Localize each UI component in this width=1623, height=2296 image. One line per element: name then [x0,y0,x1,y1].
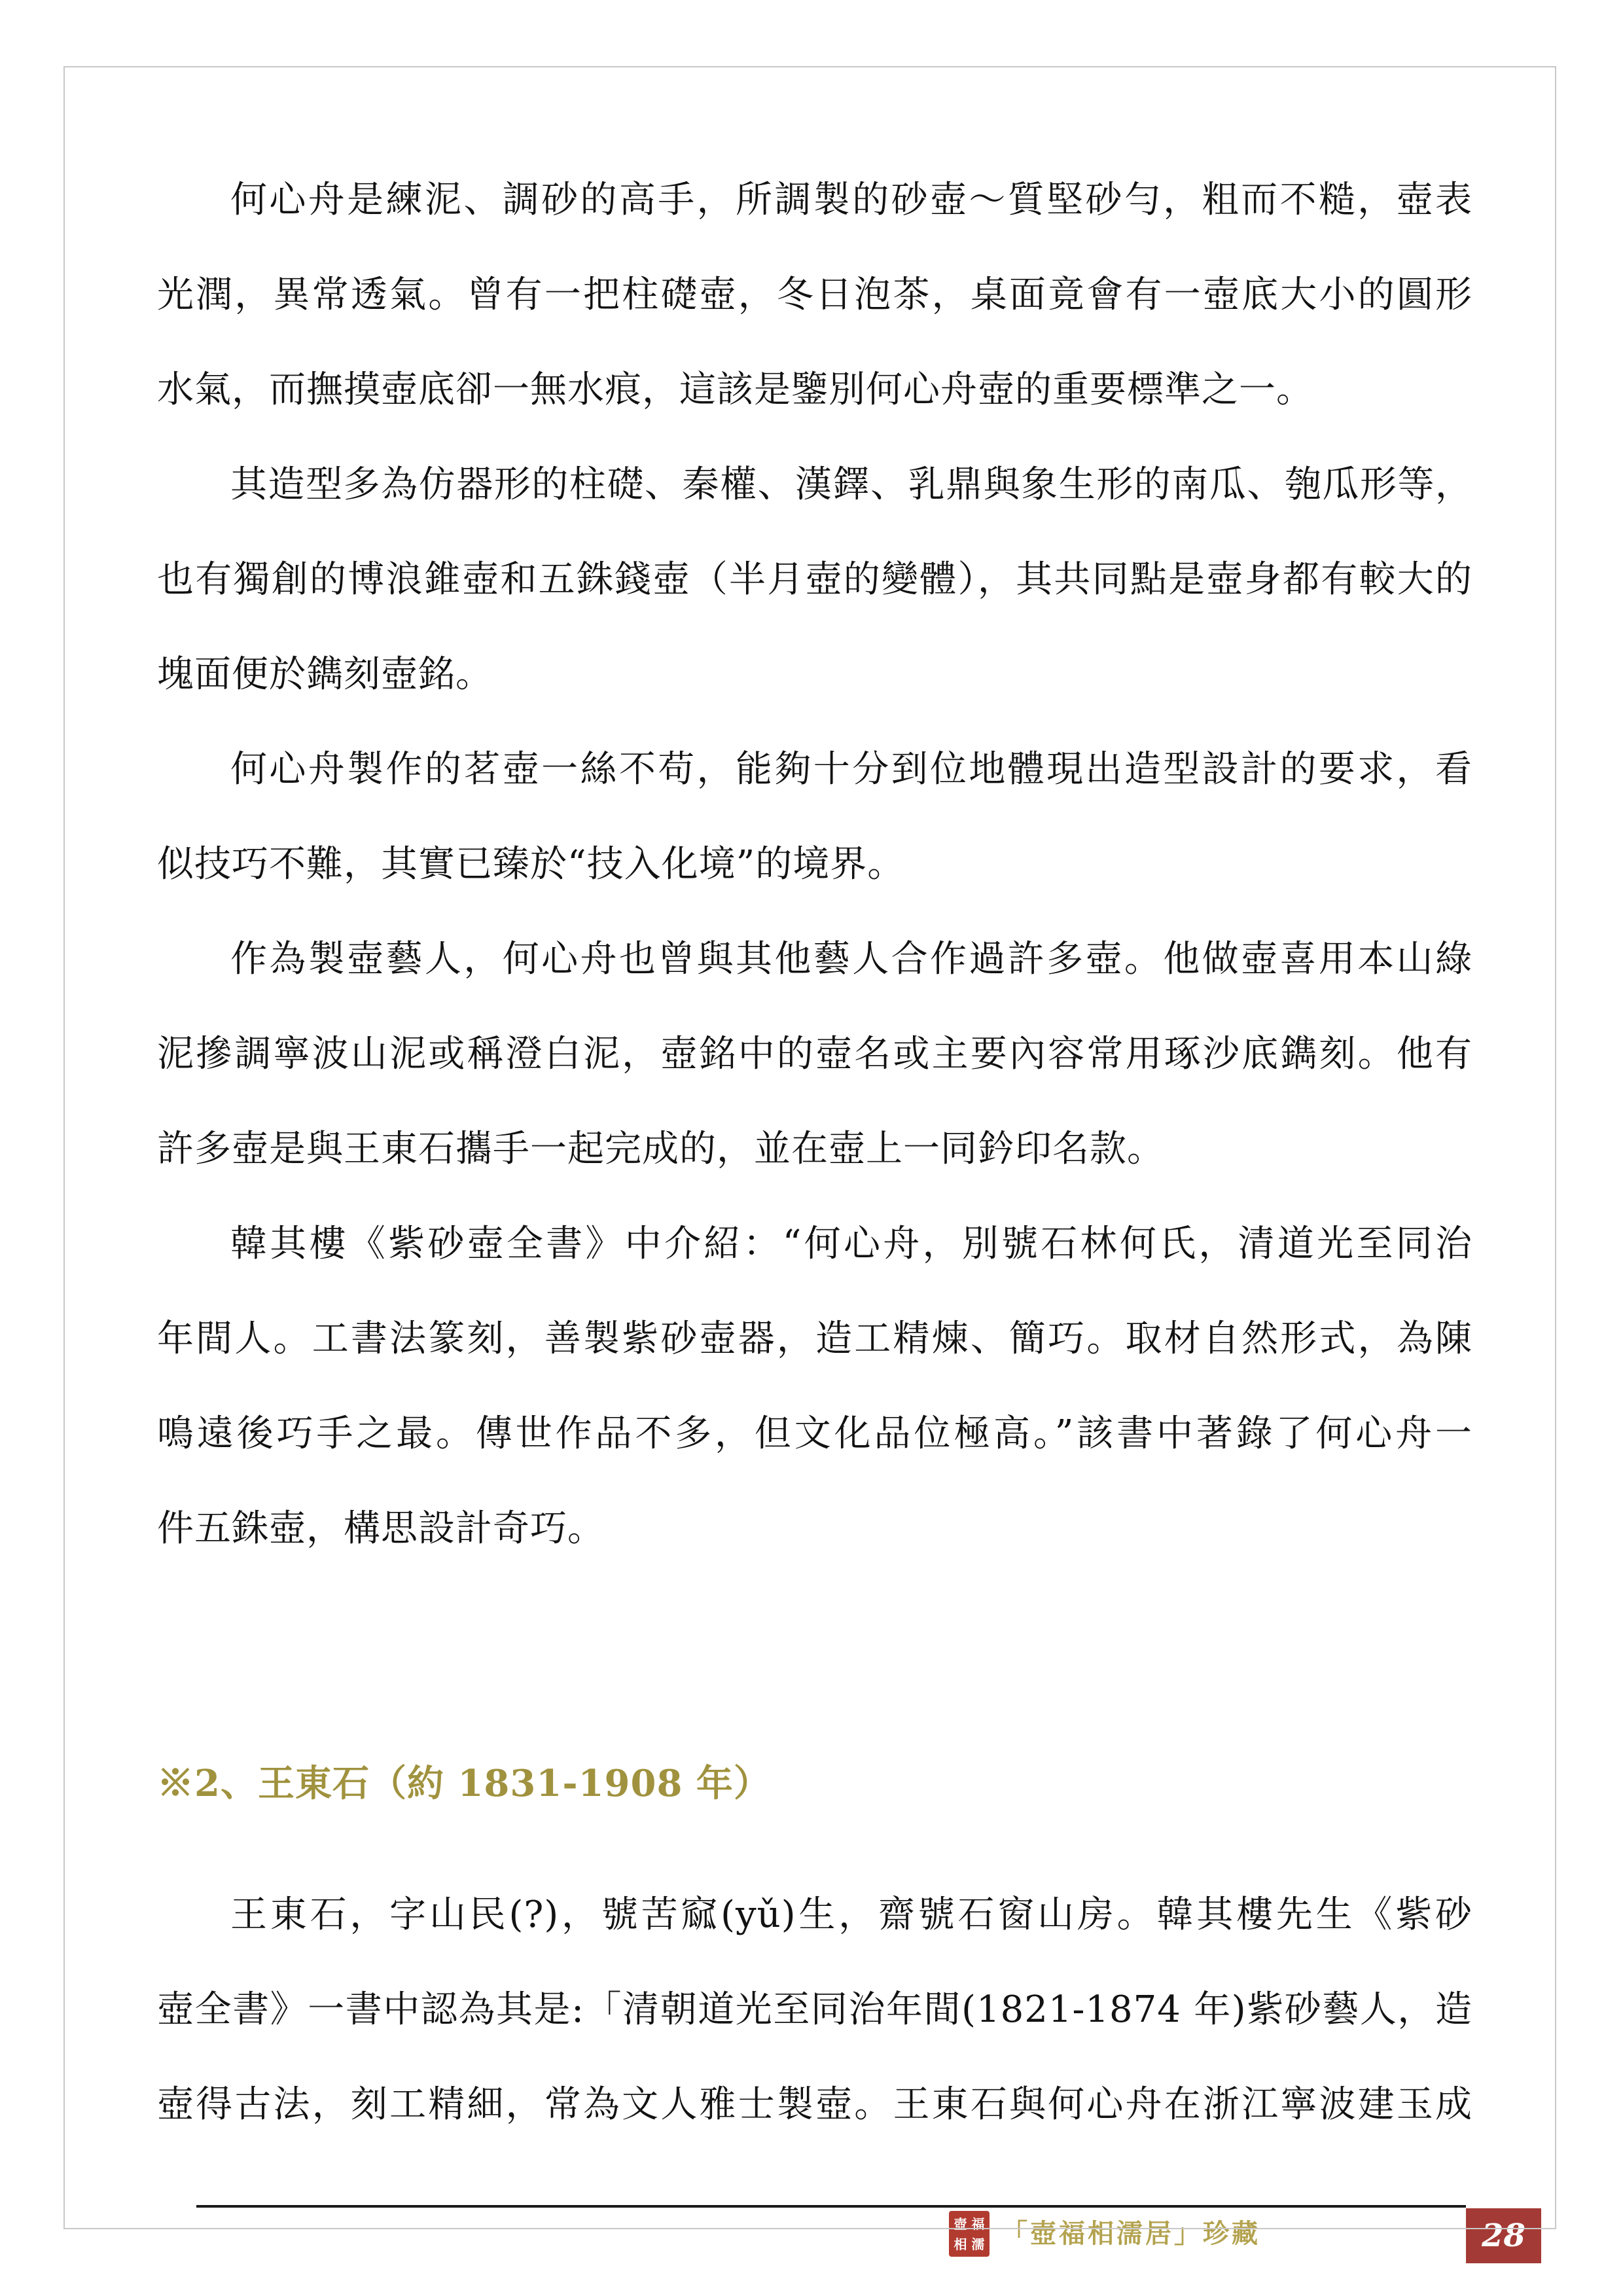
section-heading: ※2、王東石（約 1831-1908 年） [157,1736,1472,1831]
text-line: 其造型多為仿器形的柱礎、秦權、漢鐸、乳鼎與象生形的南瓜、匏瓜形等， [157,437,1472,532]
text-line: 水氣，而撫摸壺底卻一無水痕，這該是鑒別何心舟壺的重要標準之一。 [157,342,1472,437]
text-line: 壺全書》一書中認為其是:「清朝道光至同治年間(1821-1874 年)紫砂藝人，… [157,1962,1472,2057]
text-line: 王東石，字山民(?)，號苦窳(yǔ)生，齋號石窗山房。韓其樓先生《紫砂 [157,1867,1472,1962]
text-line: 鳴遠後巧手之最。傳世作品不多，但文化品位極高。”該書中著錄了何心舟一 [157,1386,1472,1481]
text-line: 泥摻調寧波山泥或稱澄白泥，壺銘中的壺名或主要內容常用琢沙底鐫刻。他有 [157,1007,1472,1102]
text-line: 韓其樓《紫砂壺全書》中介紹：“何心舟，別號石林何氏，清道光至同治 [157,1196,1472,1291]
seal-char: 相 [954,2238,967,2251]
seal-stamp-icon: 壺 福 相 濡 [949,2211,990,2257]
text-line: 塊面便於鐫刻壺銘。 [157,627,1472,722]
text-line: 光潤，異常透氣。曾有一把柱礎壺，冬日泡茶，桌面竟會有一壺底大小的圓形 [157,247,1472,342]
text-line: 年間人。工書法篆刻，善製紫砂壺器，造工精煉、簡巧。取材自然形式，為陳 [157,1291,1472,1386]
page-number-badge: 28 [1466,2208,1541,2263]
text-line: 許多壺是與王東石攜手一起完成的，並在壺上一同鈐印名款。 [157,1102,1472,1196]
page-number: 28 [1482,2217,1525,2254]
text-column: 何心舟是練泥、調砂的高手，所調製的砂壺～質堅砂勻，粗而不糙，壺表光潤，異常透氣。… [157,152,1472,2152]
text-line: 何心舟製作的茗壺一絲不苟，能夠十分到位地體現出造型設計的要求，看 [157,722,1472,817]
document-page: 何心舟是練泥、調砂的高手，所調製的砂壺～質堅砂勻，粗而不糙，壺表光潤，異常透氣。… [0,0,1623,2296]
footer-rule-line [196,2205,1466,2208]
text-line: 壺得古法，刻工精細，常為文人雅士製壺。王東石與何心舟在浙江寧波建玉成 [157,2057,1472,2152]
footer-border-line [63,2228,1556,2229]
text-line: 何心舟是練泥、調砂的高手，所調製的砂壺～質堅砂勻，粗而不糙，壺表 [157,152,1472,247]
text-line: 也有獨創的博浪錐壺和五銖錢壺（半月壺的變體），其共同點是壺身都有較大的 [157,532,1472,627]
footer-collection-text: 「壺福相濡居」珍藏 [1001,2211,1260,2257]
seal-char: 濡 [972,2238,985,2251]
text-line: 似技巧不難，其實已臻於“技入化境”的境界。 [157,817,1472,912]
text-line: 件五銖壺，構思設計奇巧。 [157,1481,1472,1576]
text-line: 作為製壺藝人，何心舟也曾與其他藝人合作過許多壺。他做壺喜用本山綠 [157,912,1472,1007]
